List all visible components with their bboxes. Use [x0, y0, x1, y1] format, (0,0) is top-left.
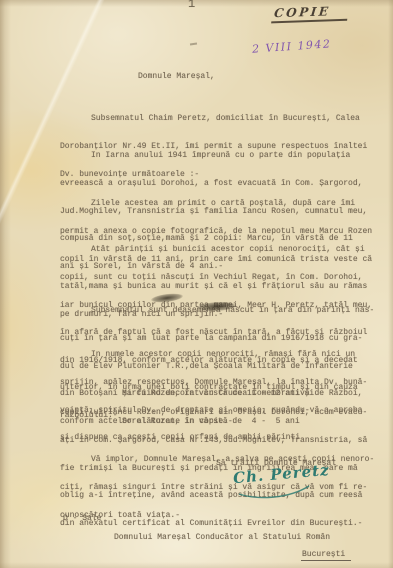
- letter-line: copii lui Iancu Rozen, originari din Ora…: [60, 408, 367, 417]
- paragraph: Vă implor, Domnule Mareșal, a salva pe a…: [60, 437, 374, 538]
- addressee-intro: D - Sale: [63, 514, 101, 523]
- copy-marking: COPIE: [271, 4, 349, 24]
- handwritten-date: 2 VIII 1942: [252, 37, 332, 56]
- letter-line: In Iarna anului 1941 împreună cu o parte…: [60, 151, 367, 160]
- addressee-title: Domnului Mareșal Conducător al Statului …: [114, 533, 330, 542]
- letter-body: Subsemnatul Chaim Peretz, domiciliat în …: [60, 96, 380, 289]
- letter-line: Atât părinții și bunicii acestor copii n…: [60, 245, 372, 254]
- letter-line: ciți, rămași singuri între străini și vă…: [60, 483, 374, 492]
- letter-line: In numele acestor copii nenorociți, răma…: [60, 350, 367, 359]
- pencil-dash: [190, 43, 197, 46]
- page-number-mark: 1: [188, 0, 195, 9]
- signature-flourish: [236, 483, 314, 501]
- letter-line: Zilele acestea am primit o cartă poștală…: [60, 199, 372, 208]
- letter-line: cunoscători toată viața.-: [60, 511, 374, 520]
- letter-line: copii, sunt cu toții născuți în Vechiul …: [60, 273, 372, 282]
- salutation: Domnule Mareșal,: [138, 72, 215, 81]
- letter-page: 1 COPIE 2 VIII 1942 Domnule Mareșal, Sub…: [0, 0, 393, 568]
- addressee-city: București: [301, 550, 351, 561]
- letter-line: Subsemnatul Chaim Peretz, domiciliat în …: [60, 114, 367, 123]
